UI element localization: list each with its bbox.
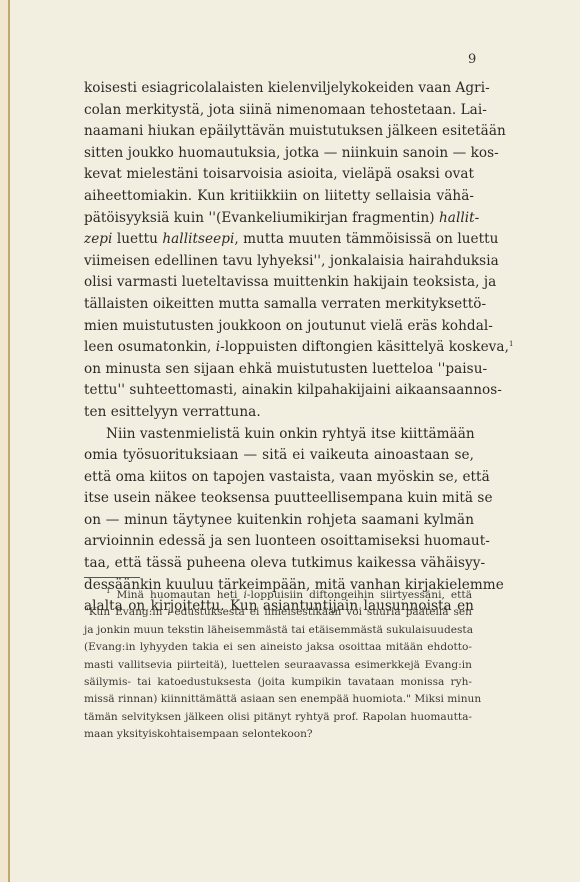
text-run: luettu [112, 231, 162, 247]
page-edge [0, 0, 8, 882]
text-line: arvioinnin edessä ja sen luonteen osoitt… [84, 531, 474, 553]
text-line: että oma kiitos on tapojen vastaista, va… [84, 467, 474, 489]
text-line: kevat mielestäni toisarvoisia asioita, v… [84, 164, 474, 186]
text-line: aiheettomiakin. Kun kritiikkiin on liite… [84, 186, 474, 208]
text-line: on minusta sen sijaan ehkä muistutusten … [84, 359, 474, 381]
text-run: pätöisyyksiä kuin ''(Evankeliumikirjan f… [84, 210, 439, 226]
text-line: on — minun täytynee kuitenkin rohjeta sa… [84, 510, 474, 532]
text-line: pätöisyyksiä kuin ''(Evankeliumikirjan f… [84, 208, 474, 230]
footnote-line: säilymis- tai katoedustuksesta (joita ku… [84, 674, 472, 691]
footnote-line: missä rinnan) kiinnittämättä asiaan sen … [84, 691, 472, 708]
text-run: "Kun Evang:in [84, 606, 167, 618]
text-line: omia työsuorituksiaan — sitä ei vaikeuta… [84, 445, 474, 467]
text-line: taa, että tässä puheena oleva tutkimus k… [84, 553, 474, 575]
binding-line [8, 0, 10, 882]
text-line: colan merkitystä, jota siinä nimenomaan … [84, 100, 474, 122]
text-line: mien muistutusten joukkoon on joutunut v… [84, 316, 474, 338]
text-line: sitten joukko huomautuksia, jotka — niin… [84, 143, 474, 165]
text-line: koisesti esiagricolalaisten kielenviljel… [84, 78, 474, 100]
paragraph-start-line: Niin vastenmielistä kuin onkin ryhtyä it… [84, 424, 474, 446]
footnote: 1 Minä huomautan heti i-loppuisiin difto… [84, 587, 472, 744]
italic-term: hallit- [439, 210, 479, 226]
text-line: itse usein näkee teoksensa puutteellisem… [84, 488, 474, 510]
footnote-line: "Kun Evang:in i-edustuksesta ei ilmeises… [84, 604, 472, 621]
text-run: -edustuksesta ei ilmeisestikään voi suur… [171, 606, 472, 618]
text-run: -loppuisten diftongien käsittelyä koskev… [220, 339, 509, 355]
italic-term: hallitseepi [162, 231, 234, 247]
footnote-line: maan yksityiskohtaisempaan selontekoon? [84, 726, 472, 743]
text-line: leen osumatonkin, i-loppuisten diftongie… [84, 337, 474, 359]
text-run: , mutta muuten tämmöisissä on luettu [234, 231, 498, 247]
footnote-divider [84, 577, 140, 578]
footnote-line: ja jonkin muun tekstin läheisemmästä tai… [84, 622, 472, 639]
text-run: -loppuisiin diftongeihin siirtyessäni, e… [247, 589, 472, 601]
footnote-reference[interactable]: 1 [509, 340, 514, 348]
text-line: zepi luettu hallitseepi, mutta muuten tä… [84, 229, 474, 251]
italic-term: zepi [84, 231, 112, 247]
footnote-line: tämän selvityksen jälkeen olisi pitänyt … [84, 709, 472, 726]
text-line: ten esittelyyn verrattuna. [84, 402, 474, 424]
text-run: Minä huomautan heti [110, 589, 243, 601]
page-number: 9 [468, 52, 476, 67]
body-text: koisesti esiagricolalaisten kielenviljel… [84, 78, 474, 618]
text-line: viimeisen edellinen tavu lyhyeksi'', jon… [84, 251, 474, 273]
footnote-line: 1 Minä huomautan heti i-loppuisiin difto… [84, 587, 472, 604]
text-line: olisi varmasti lueteltavissa muittenkin … [84, 272, 474, 294]
text-line: tällaisten oikeitten mutta samalla verra… [84, 294, 474, 316]
text-line: naamani hiukan epäilyttävän muistutuksen… [84, 121, 474, 143]
text-run: leen osumatonkin, [84, 339, 216, 355]
footnote-line: masti vallitsevia piirteitä), luettelen … [84, 657, 472, 674]
text-line: tettu'' suhteettomasti, ainakin kilpahak… [84, 380, 474, 402]
footnote-line: (Evang:in lyhyyden takia ei sen aineisto… [84, 639, 472, 656]
